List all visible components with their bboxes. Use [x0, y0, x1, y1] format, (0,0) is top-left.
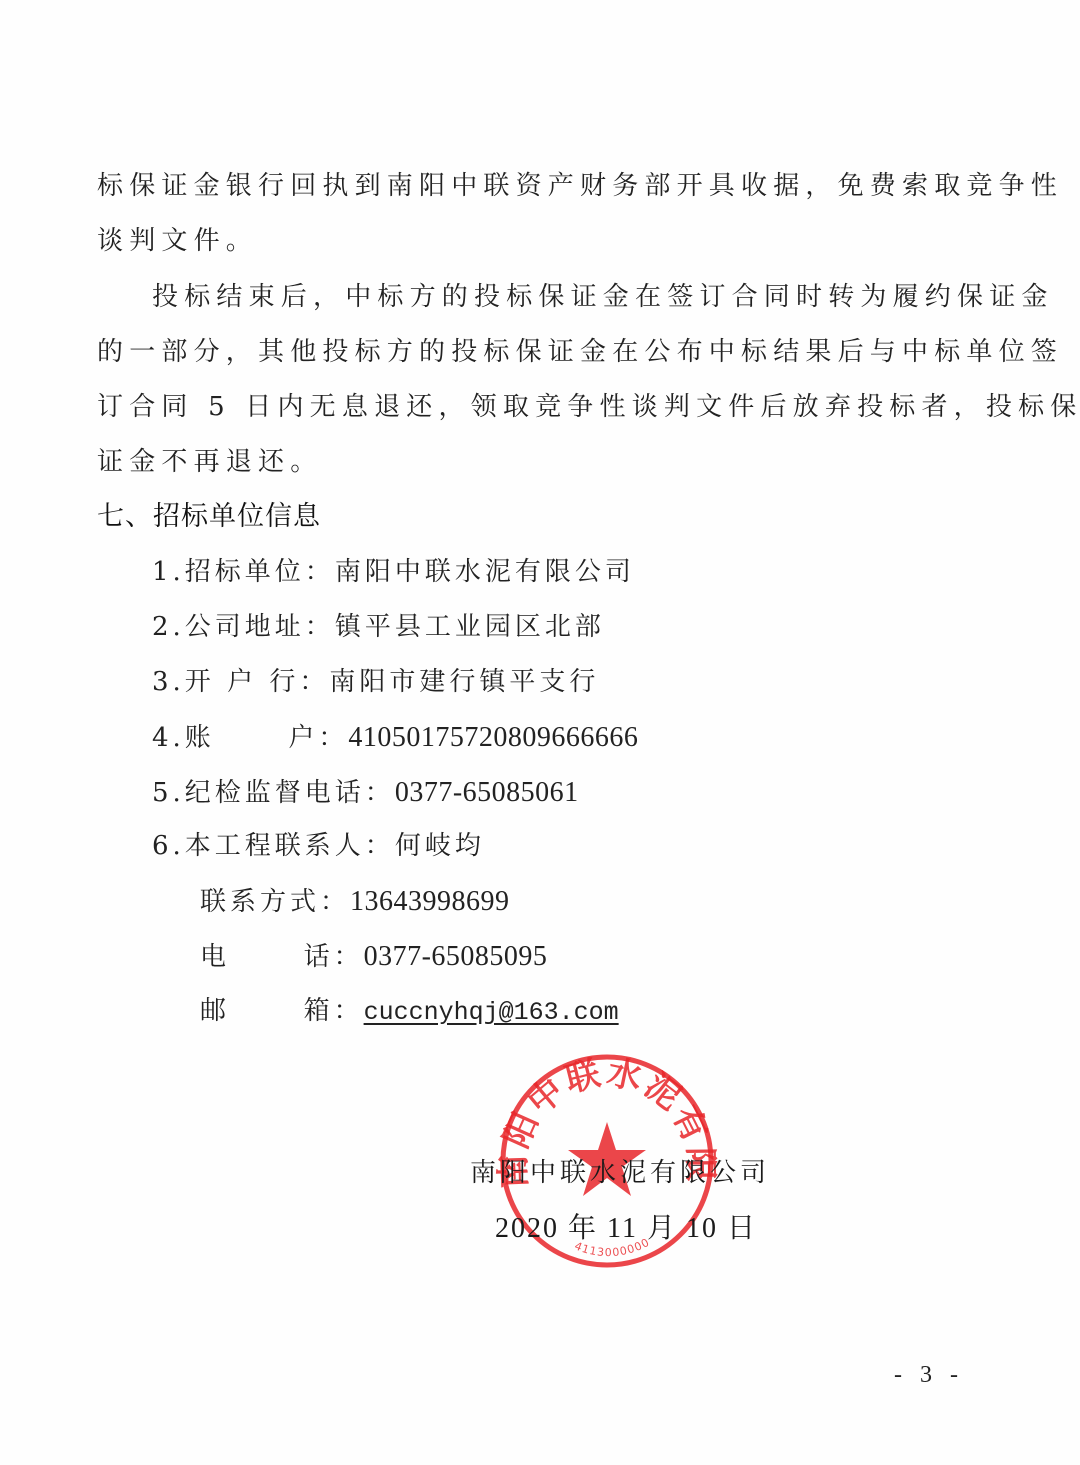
info-item-contact-person: 6.本工程联系人：何岐均 [152, 833, 485, 859]
paragraph-line: 标保证金银行回执到南阳中联资产财务部开具收据，免费索取竞争性 [97, 173, 1063, 199]
info-label: 2.公司地址： [152, 612, 335, 642]
info-label: 4.账 户： [152, 723, 348, 753]
info-value: 0377-65085061 [395, 777, 579, 808]
contact-phone: 电 话：0377-65085095 [200, 943, 547, 971]
contact-email: 邮 箱：cuccnyhqj@163.com [200, 998, 619, 1025]
page-number: - 3 - [894, 1362, 964, 1389]
paragraph-line: 证金不再退还。 [97, 449, 322, 475]
info-item-bidder: 1.招标单位：南阳中联水泥有限公司 [152, 559, 635, 585]
contact-mobile: 联系方式：13643998699 [200, 888, 510, 916]
contact-label: 电 话： [200, 942, 364, 972]
paragraph-line: 投标结束后，中标方的投标保证金在签订合同时转为履约保证金 [152, 284, 1054, 310]
info-item-account: 4.账 户：41050175720809666666 [152, 724, 638, 752]
info-item-bank: 3.开 户 行：南阳市建行镇平支行 [152, 669, 599, 695]
info-label: 1.招标单位： [152, 557, 335, 587]
paragraph-line: 谈判文件。 [97, 228, 258, 254]
info-value: 何岐均 [395, 831, 485, 861]
info-label: 5.纪检监督电话： [152, 778, 395, 808]
info-value: 镇平县工业园区北部 [335, 612, 605, 642]
info-item-address: 2.公司地址：镇平县工业园区北部 [152, 614, 605, 640]
paragraph-line: 订合同 5 日内无息退还，领取竞争性谈判文件后放弃投标者，投标保 [97, 394, 1080, 420]
paragraph-line: 的一部分，其他投标方的投标保证金在公布中标结果后与中标单位签 [97, 339, 1063, 365]
contact-label: 邮 箱： [200, 996, 364, 1026]
contact-value: 13643998699 [350, 886, 510, 917]
contact-label: 联系方式： [200, 887, 350, 917]
info-value: 41050175720809666666 [348, 722, 638, 753]
document-page: 标保证金银行回执到南阳中联资产财务部开具收据，免费索取竞争性 谈判文件。 投标结… [0, 0, 1080, 1465]
contact-value: 0377-65085095 [364, 941, 548, 972]
info-item-supervision-phone: 5.纪检监督电话：0377-65085061 [152, 779, 579, 807]
email-link[interactable]: cuccnyhqj@163.com [364, 998, 619, 1027]
info-value: 南阳市建行镇平支行 [329, 667, 599, 697]
info-label: 6.本工程联系人： [152, 831, 395, 861]
signature-date: 2020 年 11 月 10 日 [495, 1215, 757, 1243]
info-value: 南阳中联水泥有限公司 [335, 557, 635, 587]
signature-company: 南阳中联水泥有限公司 [470, 1160, 770, 1186]
info-label: 3.开 户 行： [152, 667, 329, 697]
section-heading: 七、招标单位信息 [97, 503, 321, 530]
